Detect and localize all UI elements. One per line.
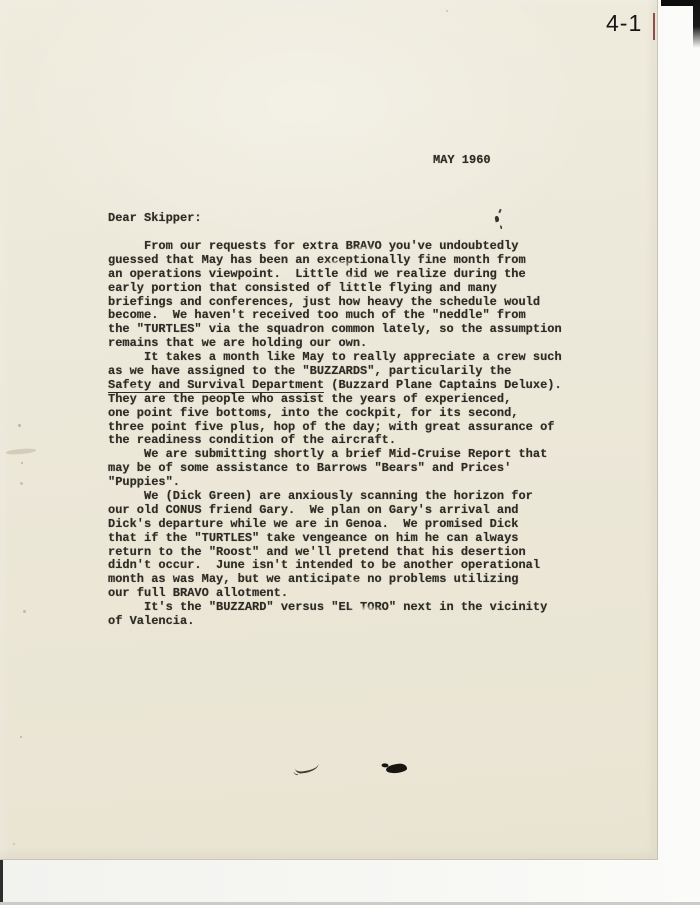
letter-line: They are the people who assist the years… (108, 393, 562, 407)
letter-line: an operations viewpoint. Little did we r… (108, 268, 562, 282)
letter-line: Safety and Survival Department (Buzzard … (108, 379, 562, 393)
letter-line: early portion that consisted of little f… (108, 282, 562, 296)
letter-line: as we have assigned to the "BUZZARDS", p… (108, 365, 562, 379)
letter-line: It's the "BUZZARD" versus "EL TORO" next… (108, 601, 562, 615)
paper-speck (20, 482, 23, 485)
letter-line: of Valencia. (108, 615, 562, 629)
paper-smudge-streak (6, 448, 36, 456)
letter-line: Dick's departure while we are in Genoa. … (108, 518, 562, 532)
ink-smudge-swoosh (295, 762, 320, 774)
ink-smudge-blob (386, 763, 408, 774)
paper-speck (20, 736, 22, 738)
letter-line: It takes a month like May to really appr… (108, 351, 562, 365)
bottom-left-edge-mark (0, 860, 3, 903)
letter-line: one point five bottoms, into the cockpit… (108, 407, 562, 421)
paper-speck (18, 424, 21, 427)
letter-line: We (Dick Green) are anxiously scanning t… (108, 490, 562, 504)
letter-line: our old CONUS friend Gary. We plan on Ga… (108, 504, 562, 518)
scanner-black-corner-right (693, 0, 700, 48)
letter-line: that if the "TURTLES" take vengeance on … (108, 532, 562, 546)
letter-line: guessed that May has been an exceptional… (108, 254, 562, 268)
paper-speck (13, 843, 15, 845)
letter-line: From our requests for extra BRAVO you've… (108, 240, 562, 254)
paper-speck (23, 610, 26, 613)
underlined-phrase: Safety and Survival Department (108, 378, 324, 393)
letter-line: "Puppies". (108, 476, 562, 490)
letter-salutation: Dear Skipper: (108, 211, 202, 225)
letter-paper: 4-1 MAY 1960 Dear Skipper: From our requ… (0, 0, 658, 860)
letter-body: From our requests for extra BRAVO you've… (108, 240, 562, 629)
paper-speck (21, 462, 23, 464)
paper-speck (446, 10, 448, 12)
page-number-label: 4-1 (606, 10, 642, 37)
letter-date: MAY 1960 (433, 153, 491, 167)
scanned-letter-page: 4-1 MAY 1960 Dear Skipper: From our requ… (0, 0, 700, 905)
red-edge-mark (653, 13, 655, 40)
stray-ink-mark (494, 209, 502, 229)
